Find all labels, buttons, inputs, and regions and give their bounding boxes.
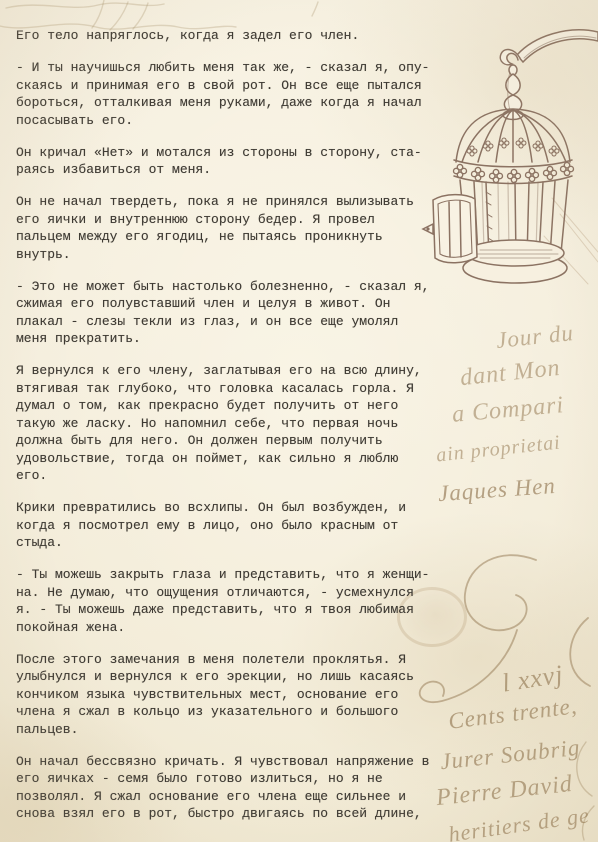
faint-script-marks [0, 0, 318, 30]
paragraph: Он не начал твердеть, пока я не принялся… [16, 193, 468, 263]
paragraph: - Ты можешь закрыть глаза и представить,… [16, 566, 468, 636]
cage-hook-arm [500, 30, 598, 65]
cage-base [463, 240, 567, 283]
paragraph: Он кричал «Нет» и мотался из стороны в с… [16, 144, 468, 179]
typed-text-column: Его тело напряглось, когда я задел его ч… [16, 27, 468, 837]
paragraph: Я вернулся к его члену, заглатывая его н… [16, 362, 468, 485]
cage-band [453, 160, 573, 184]
paragraph: - Это не может быть настолько болезненно… [16, 278, 468, 348]
paragraph: Его тело напряглось, когда я задел его ч… [16, 27, 468, 45]
paragraph: После этого замечания в меня полетели пр… [16, 651, 468, 739]
edge-curls [577, 742, 594, 840]
paragraph: Крики превратились во всхлипы. Он был во… [16, 499, 468, 552]
book-page: Jour du dant Mon a Compari ain proprieta… [0, 0, 598, 842]
paragraph: Он начал бессвязно кричать. Я чувствовал… [16, 753, 468, 823]
paragraph: - И ты научишься любить меня так же, - с… [16, 59, 468, 129]
cage-dome [456, 109, 570, 162]
